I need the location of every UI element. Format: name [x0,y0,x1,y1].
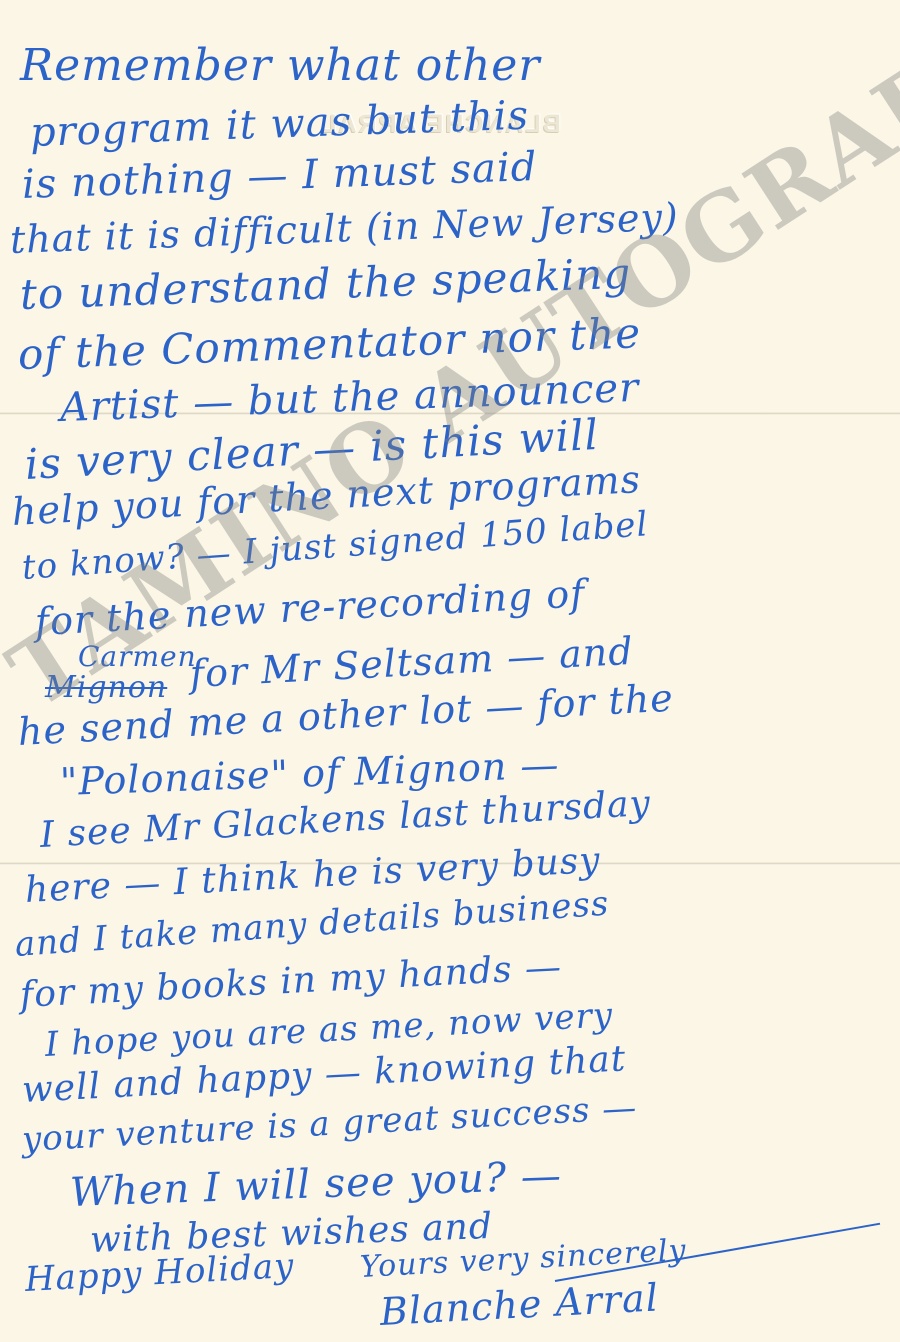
letter-line-inserted: Carmen [78,640,197,673]
letter-line-struck: Mignon [45,670,167,705]
letter-line: Remember what other [20,40,540,91]
